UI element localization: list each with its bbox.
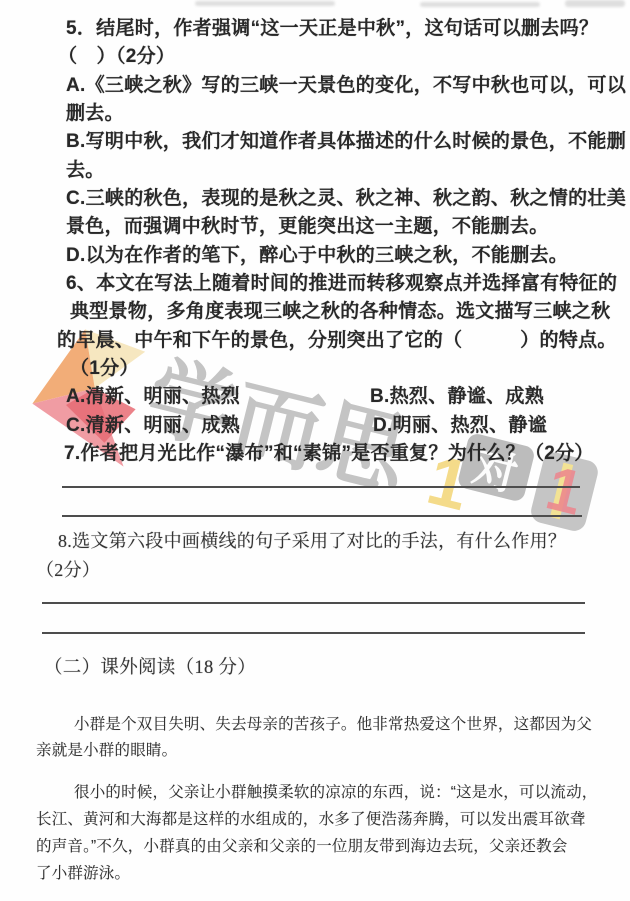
q8-text: 8.选文第六段中画横线的句子采用了对比的手法，有什么作用？ [58, 527, 566, 553]
q5-option-b: B.写明中秋，我们才知道作者具体描述的什么时候的景色，不能删 [66, 130, 626, 154]
passage-line: 长江、黄河和大海都是这样的水组成的，水多了便浩荡奔腾，可以发出震耳欲聋 [36, 807, 586, 829]
passage-line: 的声音。”不久，小群真的由父亲和父亲的一位朋友带到海边去玩，父亲还教会 [36, 834, 567, 856]
q6-option-c: C.清新、明丽、成熟 [66, 415, 240, 436]
q6-line: 典型景物，多角度表现三峡之秋的各种情态。选文描写三峡之秋 [70, 300, 610, 324]
q5-option-b-cont: 去。 [66, 159, 105, 183]
scanned-test-page: 学而思 1 对 1 5．结尾时，作者强调“这一天正是中秋”，这句话可以删去吗？ … [0, 0, 630, 901]
q5-line: 5．结尾时，作者强调“这一天正是中秋”，这句话可以删去吗？ [66, 17, 598, 41]
q5-option-a-cont: 删去。 [66, 102, 124, 126]
q6-option-b: B.热烈、静谧、成熟 [370, 385, 544, 409]
q8-answer-blank-1 [42, 602, 585, 604]
q5-option-c: C.三峡的秋色，表现的是秋之灵、秋之神、秋之韵、秋之情的壮美 [66, 187, 626, 211]
q5-option-a: A.《三峡之秋》写的三峡一天景色的变化，不写中秋也可以，可以 [66, 74, 626, 98]
q5-option-c-cont: 景色，而强调中秋时节，更能突出这一主题，不能删去。 [66, 215, 549, 239]
q6-options-row-2: C.清新、明丽、成熟 D.明丽、热烈、静谧 [66, 414, 240, 438]
q5-line: （ ）（2分） [58, 45, 175, 69]
q7-text: 7.作者把月光比作“瀑布”和“素锦”是否重复？为什么？（2分） [64, 442, 594, 466]
q7-answer-blank-2 [62, 515, 582, 517]
q6-line: 6、本文在写法上随着时间的推进而转移观察点并选择富有特征的 [66, 272, 617, 296]
passage-line: 很小的时候，父亲让小群触摸柔软的凉凉的东西，说：“这是水，可以流动， [74, 780, 597, 802]
q7-answer-blank-1 [62, 486, 580, 488]
page-content: 5．结尾时，作者强调“这一天正是中秋”，这句话可以删去吗？ （ ）（2分） A.… [0, 0, 630, 901]
q5-option-d: D.以为在作者的笔下，醉心于中秋的三峡之秋，不能删去。 [66, 244, 568, 268]
q6-score: （1分） [70, 357, 139, 381]
q6-option-d: D.明丽、热烈、静谧 [373, 414, 547, 438]
passage-line: 小群是个双目失明、失去母亲的苦孩子。他非常热爱这个世界，这都因为父 [74, 712, 592, 734]
q8-score: （2分） [36, 556, 100, 582]
section2-heading: （二）课外阅读（18 分） [44, 653, 256, 679]
passage-line: 亲就是小群的眼睛。 [36, 738, 177, 760]
q8-answer-blank-2 [42, 632, 585, 634]
passage-line: 了小群游泳。 [36, 861, 130, 883]
q6-options-row-1: A.清新、明丽、热烈 B.热烈、静谧、成熟 [66, 385, 240, 409]
q6-option-a: A.清新、明丽、热烈 [66, 386, 240, 407]
q6-line: 的早晨、中午和下午的景色，分别突出了它的（ ）的特点。 [57, 329, 617, 353]
